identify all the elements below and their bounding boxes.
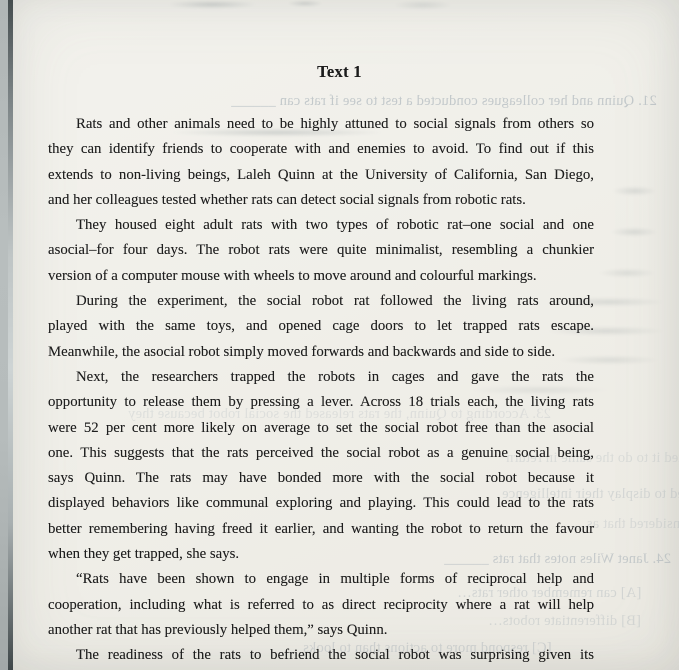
passage-line: cooperation, including what is referred … [48, 593, 594, 618]
passage-line: opportunity to release them by pressing … [48, 390, 594, 415]
passage-line: The readiness of the rats to befriend th… [48, 643, 594, 668]
passage-line: another rat that has previously helped t… [48, 618, 594, 643]
passage-line: displayed behaviors like communal explor… [48, 491, 594, 516]
passage-line: and her colleagues tested whether rats c… [48, 188, 594, 213]
passage-line: Rats and other animals need to be highly… [48, 112, 594, 137]
passage-line: they can identify friends to cooperate w… [48, 137, 594, 162]
passage-line: extends to non-living beings, Laleh Quin… [48, 163, 594, 188]
passage: Rats and other animals need to be highly… [48, 112, 594, 669]
passage-line: version of a computer mouse with wheels … [48, 264, 594, 289]
passage-line: says Quinn. The rats may have bonded mor… [48, 466, 594, 491]
passage-line: Meanwhile, the asocial robot simply move… [48, 340, 594, 365]
passage-line: played with the same toys, and opened ca… [48, 314, 594, 339]
scanned-document: 21. Quinn and her colleagues conducted a… [0, 0, 679, 670]
page-content: Text 1 Rats and other animals need to be… [0, 0, 679, 670]
passage-line: better remembering having freed it earli… [48, 517, 594, 542]
passage-title: Text 1 [0, 62, 679, 82]
passage-line: asocial–for four days. The robot rats we… [48, 238, 594, 263]
passage-line: one. This suggests that the rats perceiv… [48, 441, 594, 466]
passage-line: when they get trapped, she says. [48, 542, 594, 567]
passage-line: Next, the researchers trapped the robots… [48, 365, 594, 390]
passage-line: “Rats have been shown to engage in multi… [48, 567, 594, 592]
passage-line: During the experiment, the social robot … [48, 289, 594, 314]
passage-line: They housed eight adult rats with two ty… [48, 213, 594, 238]
passage-line: were 52 per cent more likely on average … [48, 416, 594, 441]
